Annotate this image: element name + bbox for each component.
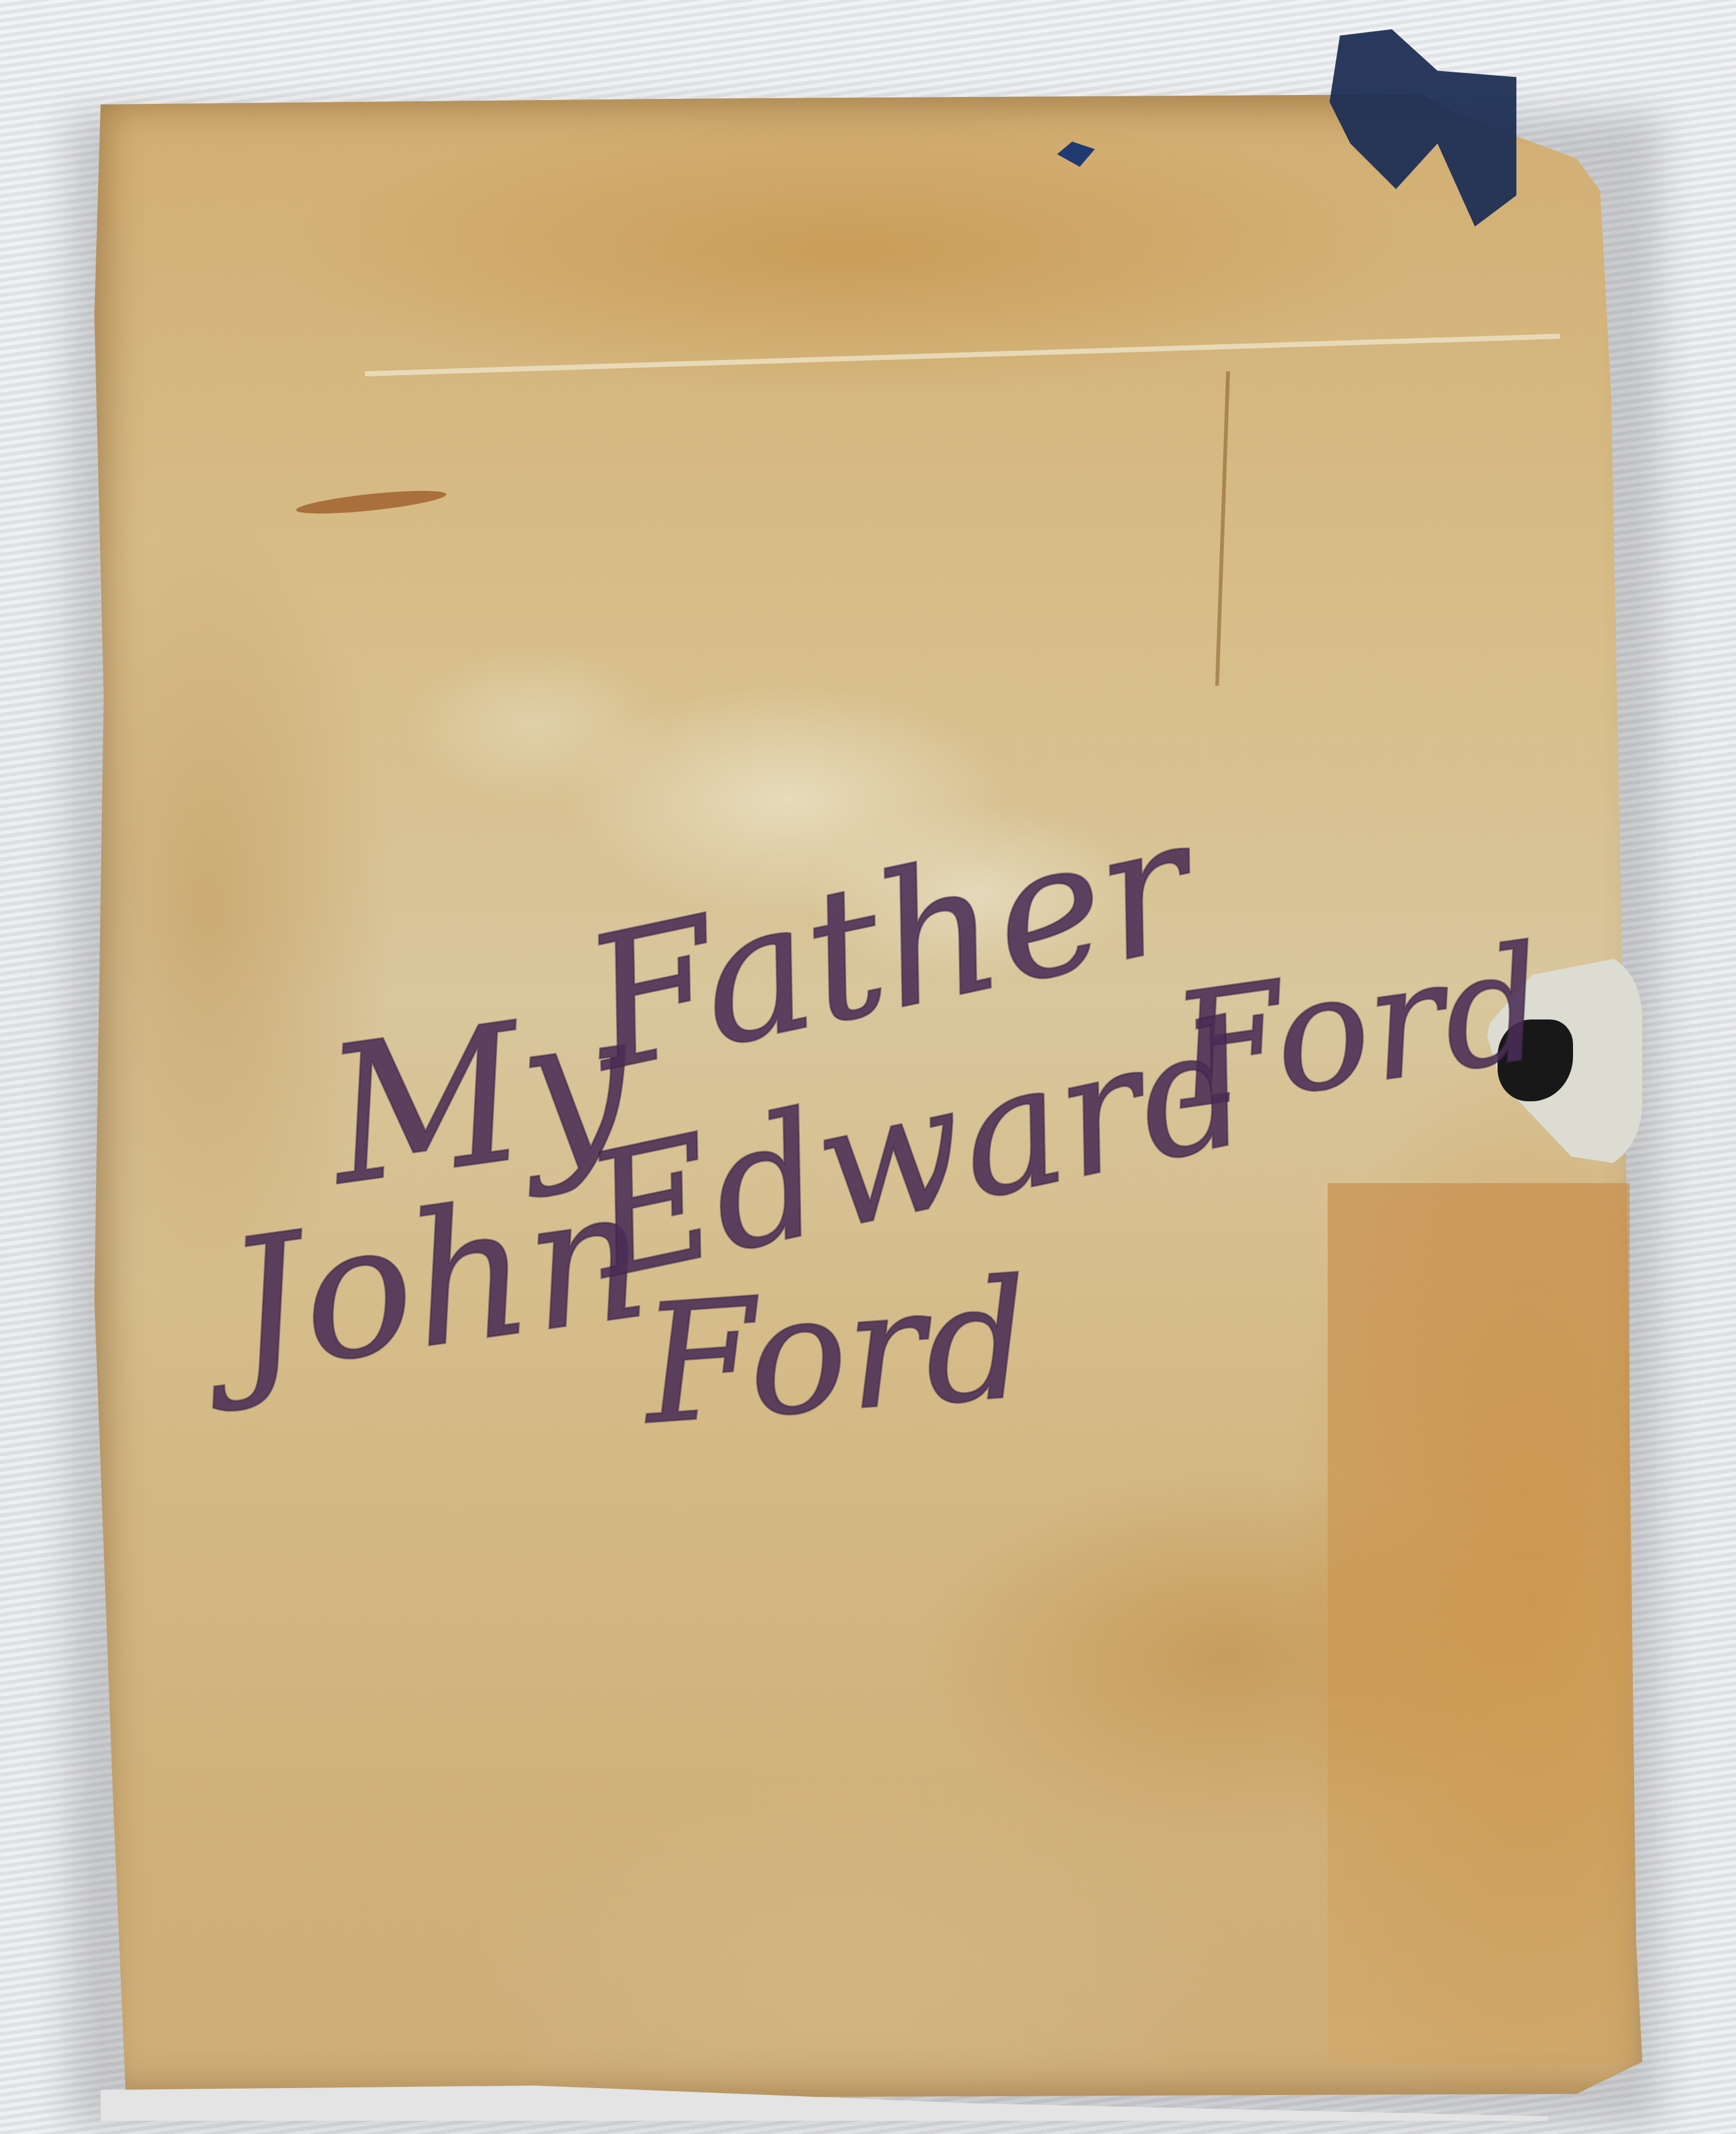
rust-stain-patch xyxy=(1328,1183,1630,2064)
photograph: My Father Ford John Edward Ford xyxy=(0,0,1736,2134)
